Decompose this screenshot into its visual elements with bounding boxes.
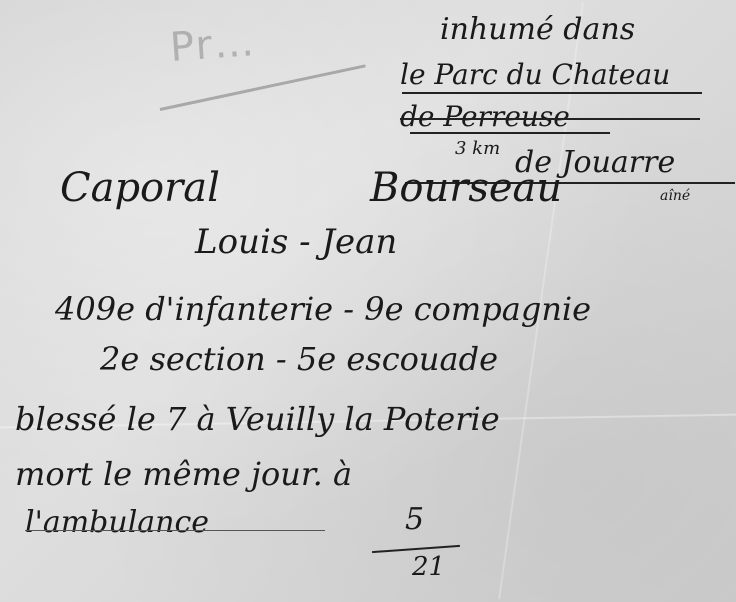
fraction-denominator: 21 xyxy=(412,552,445,582)
underline xyxy=(410,132,610,134)
event-line-3: l'ambulance xyxy=(25,505,209,540)
given-names: Louis - Jean xyxy=(195,222,397,262)
fraction-numerator: 5 xyxy=(405,502,424,537)
event-line-2: mort le même jour. à xyxy=(15,455,352,493)
faded-stamp: Pr… xyxy=(169,19,258,71)
burial-distance: 3 km xyxy=(455,138,500,159)
underline xyxy=(25,530,325,531)
burial-line-2: le Parc du Chateau xyxy=(400,58,670,91)
unit-line-2: 2e section - 5e escouade xyxy=(100,340,498,378)
rank: Caporal xyxy=(60,165,220,211)
burial-line-3: de Perreuse xyxy=(400,100,570,133)
unit-line-1: 409e d'infanterie - 9e compagnie xyxy=(55,290,591,328)
surname-note: aîné xyxy=(660,188,690,204)
underline xyxy=(400,118,700,120)
underline xyxy=(402,92,702,94)
surname: Bourseau xyxy=(370,165,562,211)
event-line-1: blessé le 7 à Veuilly la Poterie xyxy=(15,400,500,438)
burial-line-1: inhumé dans xyxy=(440,12,635,47)
